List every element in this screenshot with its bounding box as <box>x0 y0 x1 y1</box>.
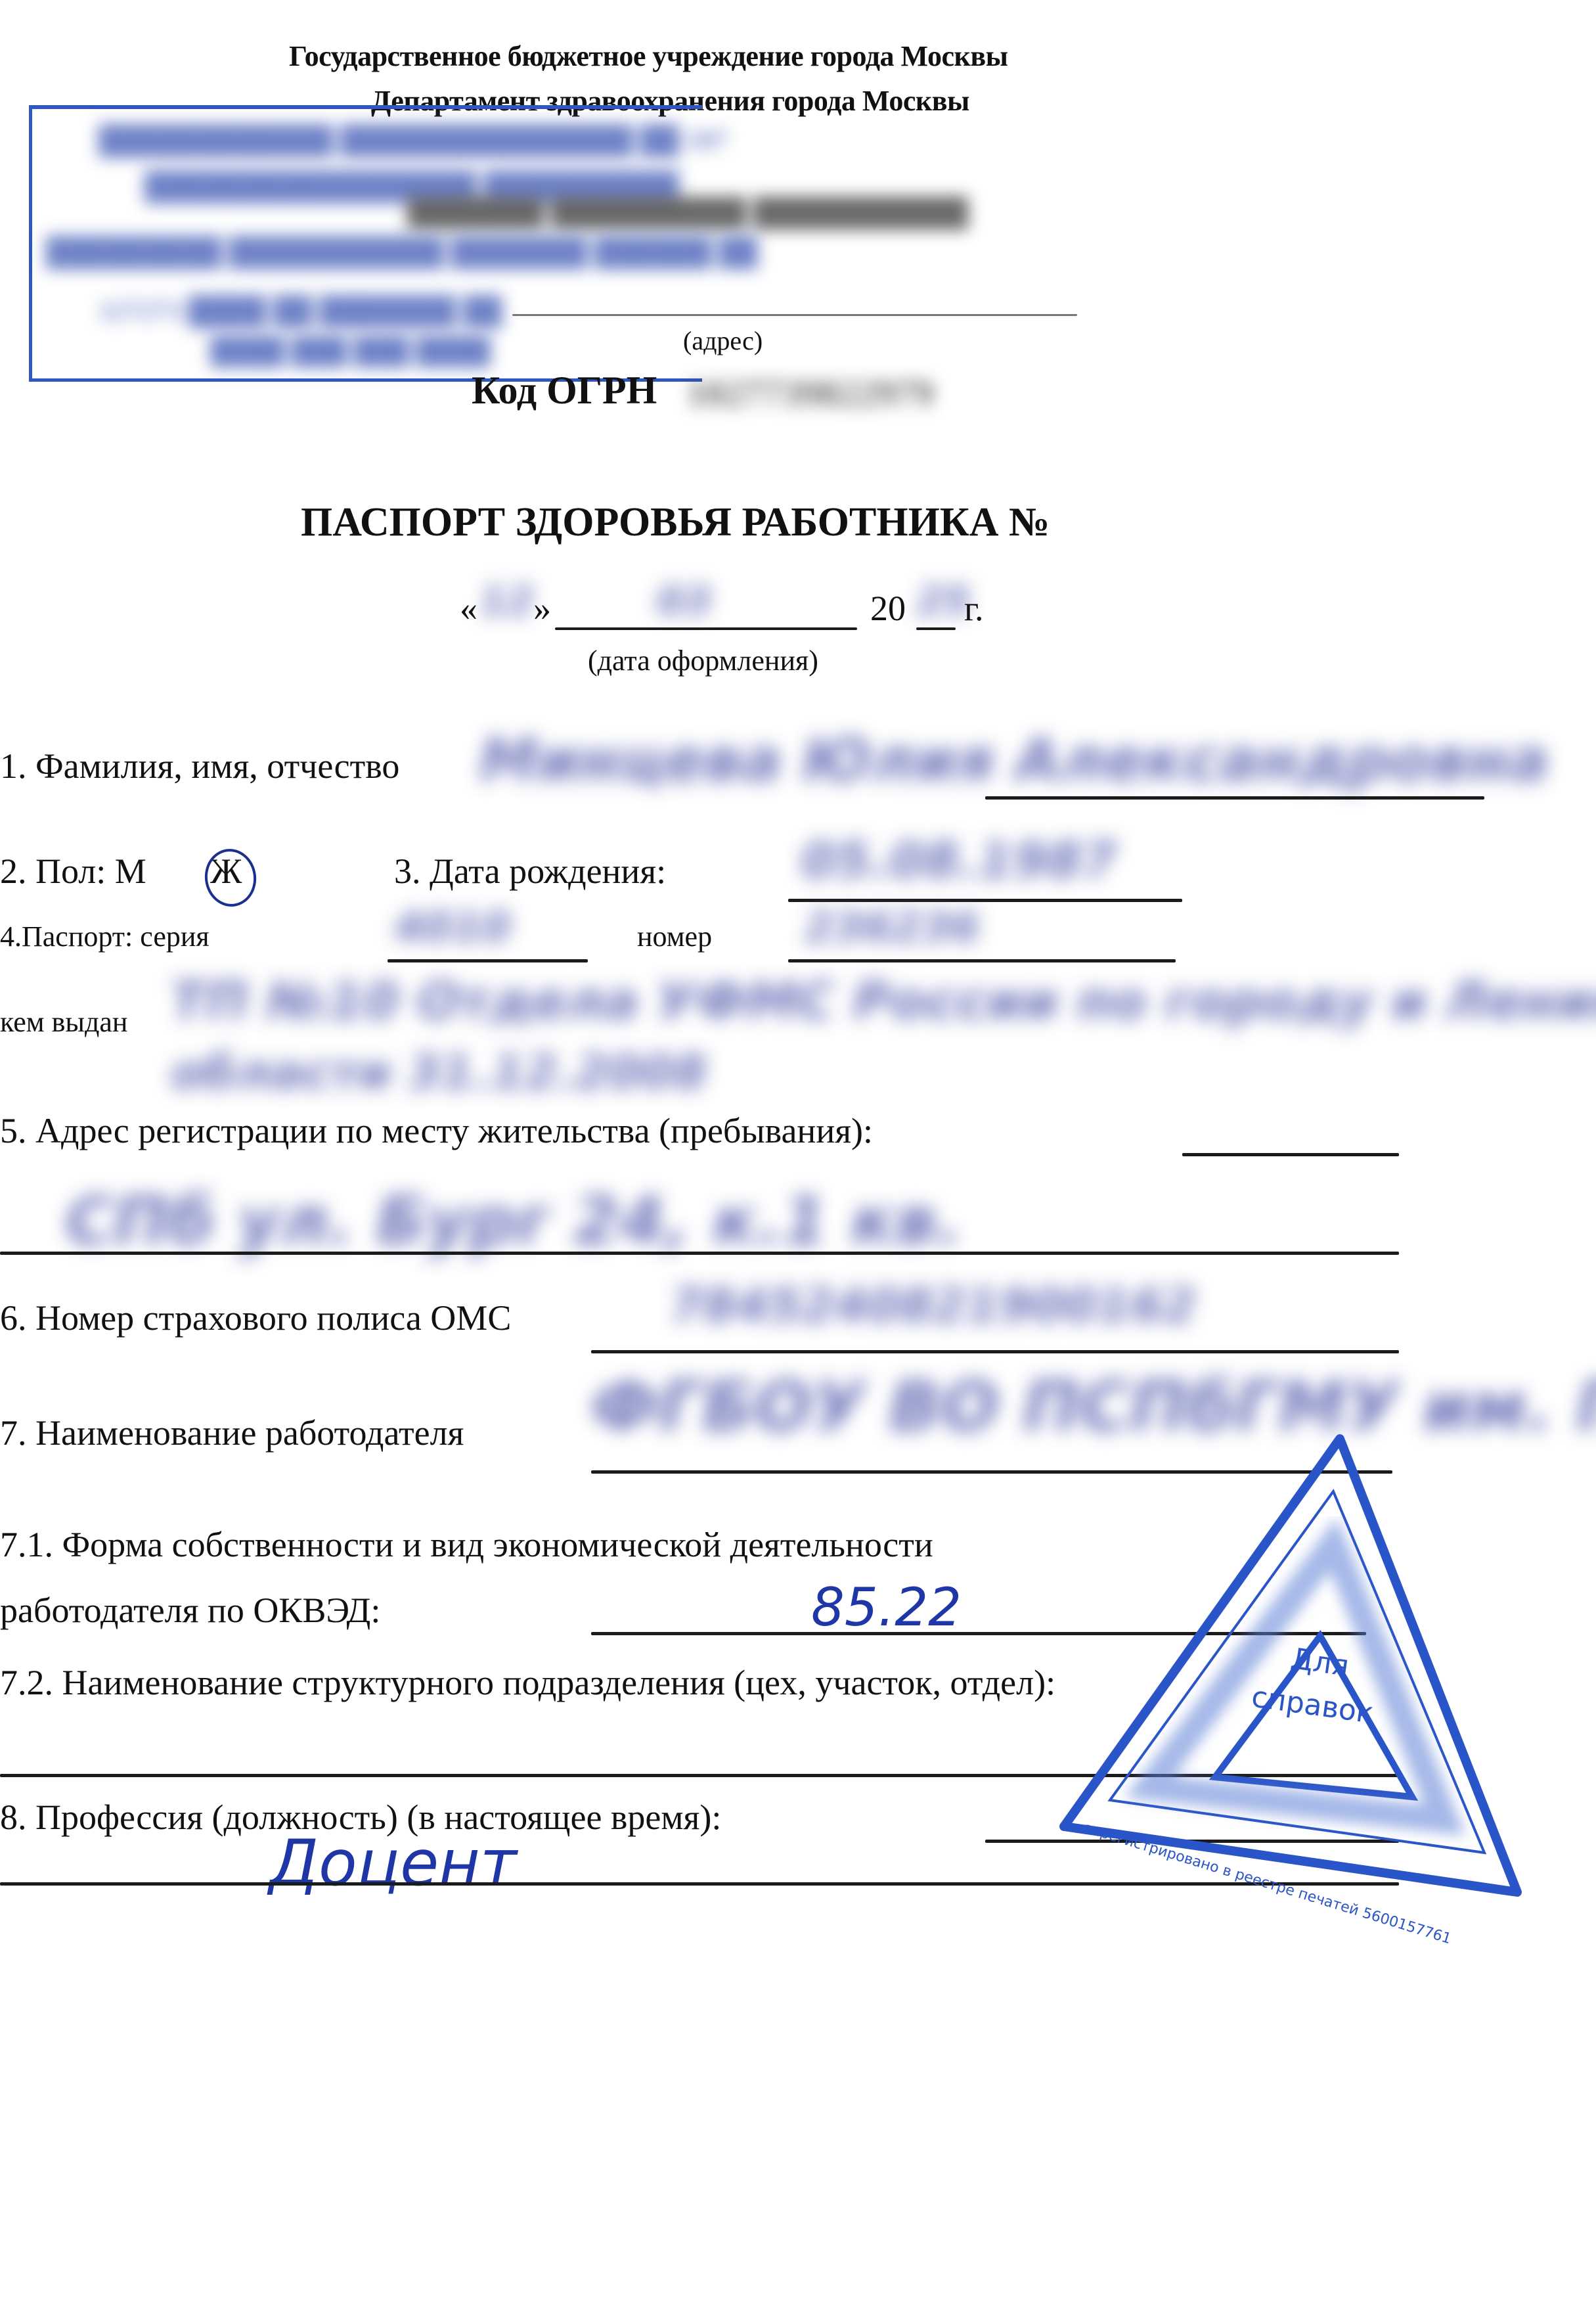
redacted-oms-number[interactable]: 7845240821900162 <box>670 1278 1197 1333</box>
oms-line <box>591 1350 1399 1353</box>
redacted-issued-by[interactable]: области 31.12.2008 <box>171 1045 707 1100</box>
passport-number-line <box>788 959 1176 962</box>
date-year-prefix: 20 <box>870 588 906 629</box>
division-label: 7.2. Наименование структурного подраздел… <box>0 1662 1055 1703</box>
redacted-org-details: █████████ ███████████ ███████ ██████ ██ <box>46 237 758 268</box>
date-year-line <box>916 627 956 630</box>
passport-series-line <box>388 959 588 962</box>
date-month-line <box>555 627 857 630</box>
redacted-date-year: 25 <box>916 578 971 624</box>
passport-series-label: 4.Паспорт: серия <box>0 920 210 953</box>
address-caption: (адрес) <box>683 325 763 356</box>
birth-date-line <box>788 899 1182 902</box>
date-open-quote: « <box>460 588 477 629</box>
redacted-ogrn: 1027739822979 <box>686 371 934 415</box>
okved-value[interactable]: 85.22 <box>811 1577 962 1638</box>
redacted-issued-by[interactable]: ТП №10 Отдела УФМС России по городу и Ле… <box>171 972 1596 1031</box>
okved-label-line1: 7.1. Форма собственности и вид экономиче… <box>0 1524 933 1565</box>
redacted-date-day: 12 <box>479 578 535 624</box>
redacted-org-details: 127273 ████ ██ ███████ ██ <box>99 296 502 327</box>
redacted-org-details: ████ ███ ███ ████ <box>210 335 491 366</box>
redacted-passport-series[interactable]: 4010 <box>394 903 511 952</box>
employer-label: 7. Наименование работодателя <box>0 1413 464 1453</box>
redacted-date-month: 03 <box>657 578 712 624</box>
date-close-quote: » <box>533 588 551 629</box>
redacted-address[interactable]: СПб ул. Бург 24, к.1 кв. <box>66 1183 962 1259</box>
sex-label: 2. Пол: М <box>0 851 146 892</box>
fio-line <box>985 796 1484 800</box>
fio-label: 1. Фамилия, имя, отчество <box>0 746 399 786</box>
date-year-suffix: г. <box>964 588 984 629</box>
profession-value[interactable]: Доцент <box>269 1826 517 1900</box>
date-caption: (дата оформления) <box>588 644 818 677</box>
redacted-birth-date[interactable]: 05.08.1987 <box>801 831 1117 890</box>
passport-number-label: номер <box>637 920 712 953</box>
okved-label-line2: работодателя по ОКВЭД: <box>0 1590 380 1631</box>
address-line-2 <box>0 1252 1399 1255</box>
redacted-org-details: ████████████ ███████████████ ██ 107 <box>99 125 727 156</box>
document-title: ПАСПОРТ ЗДОРОВЬЯ РАБОТНИКА № <box>301 499 1050 546</box>
ogrn-label: Код ОГРН <box>472 368 657 413</box>
address-label: 5. Адрес регистрации по месту жительства… <box>0 1110 873 1151</box>
address-underline <box>512 314 1077 316</box>
redacted-passport-number[interactable]: 236236 <box>805 903 980 952</box>
birth-date-label: 3. Дата рождения: <box>394 851 666 892</box>
oms-label: 6. Номер страхового полиса ОМС <box>0 1298 511 1338</box>
redacted-fio[interactable]: Минцева Юлия Александровна <box>479 726 1549 795</box>
issued-by-label: кем выдан <box>0 1005 127 1039</box>
org-name-line: Государственное бюджетное учреждение гор… <box>289 39 1008 73</box>
address-line-1 <box>1182 1153 1399 1156</box>
redacted-org-details: ███████ ██████████ ███████████ <box>407 197 968 229</box>
